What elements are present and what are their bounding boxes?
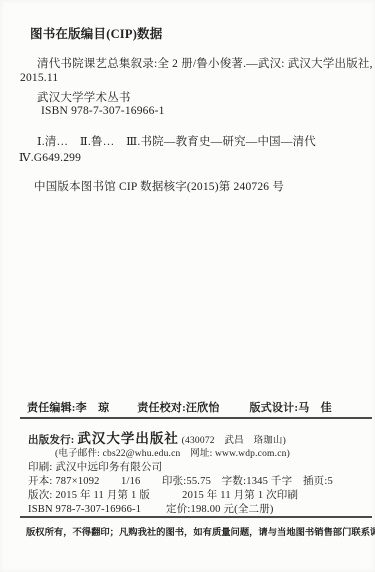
- isbn-price-row: ISBN 978-7-307-16966-1 定价:198.00 元(全二册): [28, 501, 274, 516]
- divider-top: [20, 417, 372, 419]
- staff-editor: 责任编辑:李 琼: [27, 399, 109, 415]
- cip-record-number: 中国版本图书馆 CIP 数据核字(2015)第 240726 号: [34, 178, 284, 194]
- cip-subjects: Ⅰ.清… Ⅱ.鲁… Ⅲ.书院—教育史—研究—中国—清代: [37, 133, 316, 149]
- cip-header: 图书在版编目(CIP)数据: [30, 24, 162, 42]
- edition-line: 版次: 2015 年 11 月第 1 版 2015 年 11 月第 1 次印刷: [28, 487, 298, 502]
- cip-title-year: 2015.11: [20, 72, 58, 84]
- publisher-row: 出版发行: 武汉大学出版社 (430072 武昌 珞珈山): [28, 427, 286, 447]
- divider-bottom: [20, 516, 372, 518]
- staff-designer: 版式设计:马 佳: [250, 399, 332, 415]
- price: 定价:198.00 元(全二册): [166, 504, 274, 515]
- printer-line: 印刷: 武汉中远印务有限公司: [28, 459, 162, 474]
- publisher-contact: (电子邮件: cbs22@whu.edu.cn 网址: www.wdp.com.…: [55, 445, 290, 459]
- publisher-name: 武汉大学出版社: [77, 431, 179, 446]
- format-line: 开本: 787×1092 1/16 印张:55.75 字数:1345 千字 插页…: [28, 473, 333, 488]
- cip-copyright-page: 图书在版编目(CIP)数据 清代书院课艺总集叙录:全 2 册/鲁小俊著.—武汉:…: [0, 0, 375, 572]
- cip-title-line: 清代书院课艺总集叙录:全 2 册/鲁小俊著.—武汉: 武汉大学出版社,: [37, 55, 373, 71]
- copyright-notice: 版权所有，不得翻印；凡购我社的图书，如有质量问题，请与当地图书销售部门联系调换。: [26, 524, 375, 538]
- cip-series: 武汉大学学术丛书: [37, 89, 131, 105]
- staff-row: 责任编辑:李 琼 责任校对:汪欣怡 版式设计:马 佳: [27, 399, 357, 415]
- cip-classification: Ⅳ.G649.299: [19, 150, 81, 164]
- staff-proofreader: 责任校对:汪欣怡: [137, 399, 219, 415]
- isbn-bottom: ISBN 978-7-307-16966-1: [28, 504, 141, 515]
- cip-isbn: ISBN 978-7-307-16966-1: [41, 105, 165, 117]
